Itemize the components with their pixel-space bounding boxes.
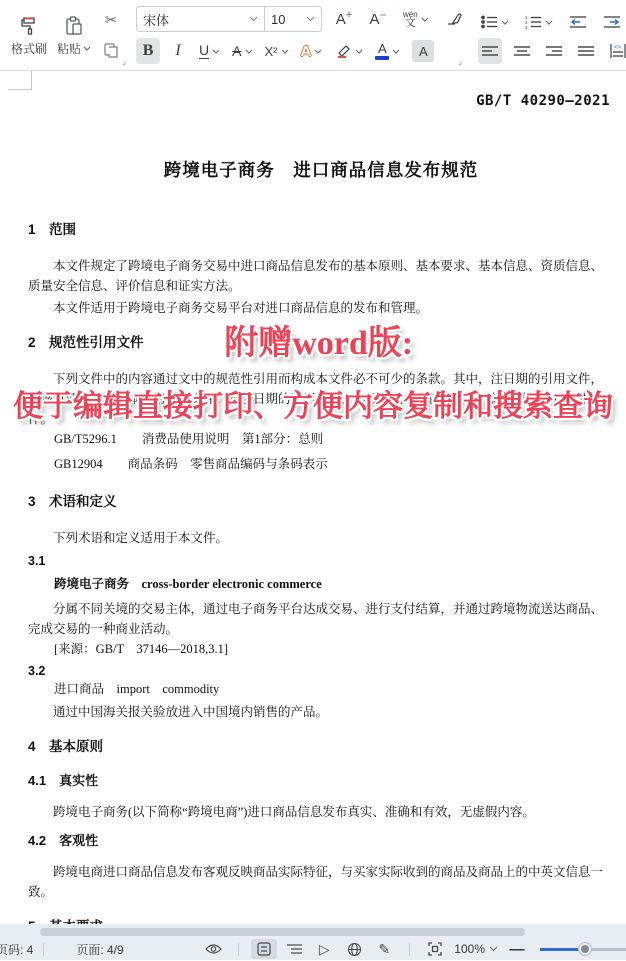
highlighter-icon	[334, 43, 352, 59]
zoom-slider-knob[interactable]	[579, 943, 591, 955]
play-presentation-button[interactable]: ▷	[311, 939, 337, 959]
doc-block-p: 下列术语和定义适用于本文件。	[28, 528, 614, 548]
format-painter-icon	[18, 15, 40, 37]
superscript-button[interactable]: X²	[262, 38, 292, 64]
doc-block-p: 跨境电商进口商品信息发布客观反映商品实际特征，与买家实际收到的商品及商品上的中英…	[28, 862, 614, 902]
font-group: 宋体 10 A+ A− wén	[136, 4, 468, 68]
cut-button[interactable]: ✂	[98, 8, 124, 32]
page-number-status: 页码: 4	[0, 941, 33, 958]
outline-view-button[interactable]	[281, 939, 307, 959]
chevron-down-icon	[306, 16, 315, 22]
doc-block-p: 通过中国海关报关验放进入中国境内销售的产品。	[28, 702, 614, 722]
document-page[interactable]: GB/T 40290—2021 跨境电子商务 进口商品信息发布规范 1 范围本文…	[0, 71, 626, 924]
page-view-icon	[257, 942, 271, 956]
underline-button[interactable]: U	[196, 38, 223, 64]
bullet-list-button[interactable]	[478, 9, 512, 35]
format-painter-button[interactable]: 格式刷	[6, 4, 52, 68]
clipboard-group-expander[interactable]: ⌟	[122, 56, 126, 67]
svg-text:3: 3	[525, 25, 528, 29]
numbered-list-button[interactable]: 1 2 3	[522, 9, 556, 35]
highlight-button[interactable]	[331, 38, 366, 64]
watermark-line1: 附赠word版:	[224, 315, 413, 364]
page-view-button[interactable]	[251, 939, 277, 959]
outline-view-icon	[287, 943, 302, 955]
align-center-button[interactable]	[510, 38, 534, 64]
strikethrough-button[interactable]: A	[229, 38, 255, 64]
web-layout-button[interactable]	[341, 939, 367, 959]
fit-screen-button[interactable]	[422, 939, 448, 959]
paragraph-group: 1 2 3	[478, 4, 626, 68]
text-boundary-corner-mark	[8, 71, 32, 90]
paste-label: 粘贴	[57, 40, 81, 57]
font-size-select[interactable]: 10	[264, 6, 322, 32]
distribute-icon: <>	[609, 44, 626, 58]
fit-screen-icon	[428, 942, 442, 956]
phonetic-icon: 文	[405, 19, 416, 27]
align-right-icon	[546, 45, 562, 57]
doc-block-ref: GB12904 商品条码 零售商品编码与条码表示	[28, 454, 614, 474]
decrease-indent-button[interactable]	[566, 9, 590, 35]
doc-block-p: 跨境电子商务(以下简称“跨境电商”)进口商品信息发布真实、准确和有效，无虚假内容…	[28, 802, 614, 822]
font-name-value: 宋体	[137, 10, 175, 29]
eye-icon	[205, 943, 222, 955]
copy-icon	[103, 42, 119, 58]
font-size-value: 10	[265, 12, 291, 27]
doc-block-p: 本文件规定了跨境电子商务交易中进口商品信息发布的基本原则、基本要求、基本信息、资…	[28, 256, 614, 296]
format-painter-label: 格式刷	[11, 40, 47, 57]
doc-block-h2: 4.1 真实性	[28, 773, 614, 789]
doc-block-h2: 4.2 客观性	[28, 833, 614, 849]
chevron-down-icon	[489, 946, 498, 952]
italic-icon: I	[175, 42, 180, 60]
chevron-down-icon	[83, 46, 91, 51]
bold-button[interactable]: B	[136, 38, 160, 64]
strikethrough-icon: A	[232, 43, 241, 59]
horizontal-scrollbar[interactable]	[0, 924, 626, 938]
clipboard-group: 格式刷 粘贴 ✂	[6, 4, 126, 68]
doc-block-num: 3.1	[28, 553, 614, 569]
ink-annotate-button[interactable]: ✎	[371, 939, 397, 959]
chevron-down-icon	[314, 49, 322, 54]
font-color-icon: A	[378, 43, 387, 55]
decrease-font-button[interactable]: A−	[366, 6, 390, 32]
italic-button[interactable]: I	[166, 38, 190, 64]
distribute-button[interactable]: <>	[606, 38, 626, 64]
font-group-expander[interactable]: ⌟	[458, 56, 462, 67]
justify-button[interactable]	[574, 38, 598, 64]
watermark-line2: 便于编辑直接打印、方便内容复制和搜索查询	[0, 381, 626, 425]
play-icon: ▷	[319, 941, 330, 958]
copy-button[interactable]	[98, 38, 124, 62]
justify-icon	[578, 45, 594, 57]
zoom-value: 100%	[454, 942, 485, 956]
font-color-bar	[375, 56, 389, 60]
chevron-down-icon	[421, 17, 429, 22]
increase-indent-icon	[603, 15, 621, 29]
char-shading-icon: A	[412, 40, 434, 62]
underline-icon: U	[199, 43, 209, 59]
doc-block-p: 分属不同关境的交易主体，通过电子商务平台达成交易、进行支付结算，并通过跨境物流送…	[28, 599, 614, 639]
paste-icon	[63, 15, 85, 37]
doc-block-ref: GB/T5296.1 消费品使用说明 第1部分：总则	[28, 429, 614, 449]
chevron-down-icon	[245, 49, 253, 54]
align-left-icon	[482, 45, 498, 57]
text-effects-icon: A	[301, 43, 312, 60]
font-color-button[interactable]: A	[372, 38, 403, 64]
chevron-down-icon	[281, 49, 289, 54]
superscript-icon: X²	[265, 44, 278, 59]
globe-icon	[347, 942, 362, 957]
document-title: 跨境电子商务 进口商品信息发布规范	[28, 157, 614, 182]
bottom-bar: 页码: 4 页面: 4/9 ▷	[0, 924, 626, 960]
zoom-out-button[interactable]: —	[504, 939, 530, 959]
increase-indent-button[interactable]	[600, 9, 624, 35]
clear-formatting-button[interactable]	[442, 6, 468, 32]
text-effects-button[interactable]: A	[298, 38, 326, 64]
chevron-down-icon	[355, 49, 363, 54]
zoom-level-control[interactable]: 100%	[454, 942, 498, 956]
bold-icon: B	[143, 42, 154, 60]
increase-font-button[interactable]: A+	[332, 6, 356, 32]
phonetic-guide-button[interactable]: wén 文	[400, 6, 432, 32]
reading-eye-button[interactable]	[200, 939, 226, 959]
doc-block-num: 3.2	[28, 663, 614, 679]
pen-icon: ✎	[378, 941, 390, 958]
toolbar: 格式刷 粘贴 ✂	[0, 0, 626, 71]
chevron-down-icon	[392, 49, 400, 54]
scissors-icon: ✂	[105, 11, 118, 29]
doc-block-h1: 1 范围	[28, 221, 614, 238]
doc-block-term2: 进口商品 import commodity	[28, 679, 614, 699]
font-name-select[interactable]: 宋体	[136, 6, 264, 32]
paste-button[interactable]: 粘贴	[52, 4, 96, 68]
numbered-list-icon: 1 2 3	[525, 15, 542, 29]
standard-code: GB/T 40290—2021	[28, 93, 614, 109]
char-shading-button[interactable]: A	[409, 38, 437, 64]
bullet-list-icon	[481, 15, 498, 29]
svg-text:<>: <>	[614, 45, 622, 51]
chevron-down-icon	[249, 16, 258, 22]
doc-block-source: [来源：GB/T 37146—2018,3.1]	[28, 639, 614, 659]
status-bar: 页码: 4 页面: 4/9 ▷	[0, 938, 626, 960]
chevron-down-icon	[501, 20, 509, 25]
zoom-slider[interactable]	[540, 939, 626, 959]
chevron-down-icon	[212, 49, 220, 54]
align-left-button[interactable]	[478, 38, 502, 64]
page-count-status: 页面: 4/9	[76, 941, 123, 958]
decrease-indent-icon	[569, 15, 587, 29]
eraser-icon	[445, 11, 465, 27]
minus-icon: —	[510, 941, 525, 958]
doc-block-h1: 3 术语和定义	[28, 493, 614, 510]
align-right-button[interactable]	[542, 38, 566, 64]
chevron-down-icon	[545, 20, 553, 25]
doc-block-h1: 4 基本原则	[28, 738, 614, 755]
horizontal-scrollbar-thumb[interactable]	[40, 928, 525, 936]
align-center-icon	[514, 45, 530, 57]
doc-block-term: 跨境电子商务 cross-border electronic commerce	[28, 574, 614, 594]
